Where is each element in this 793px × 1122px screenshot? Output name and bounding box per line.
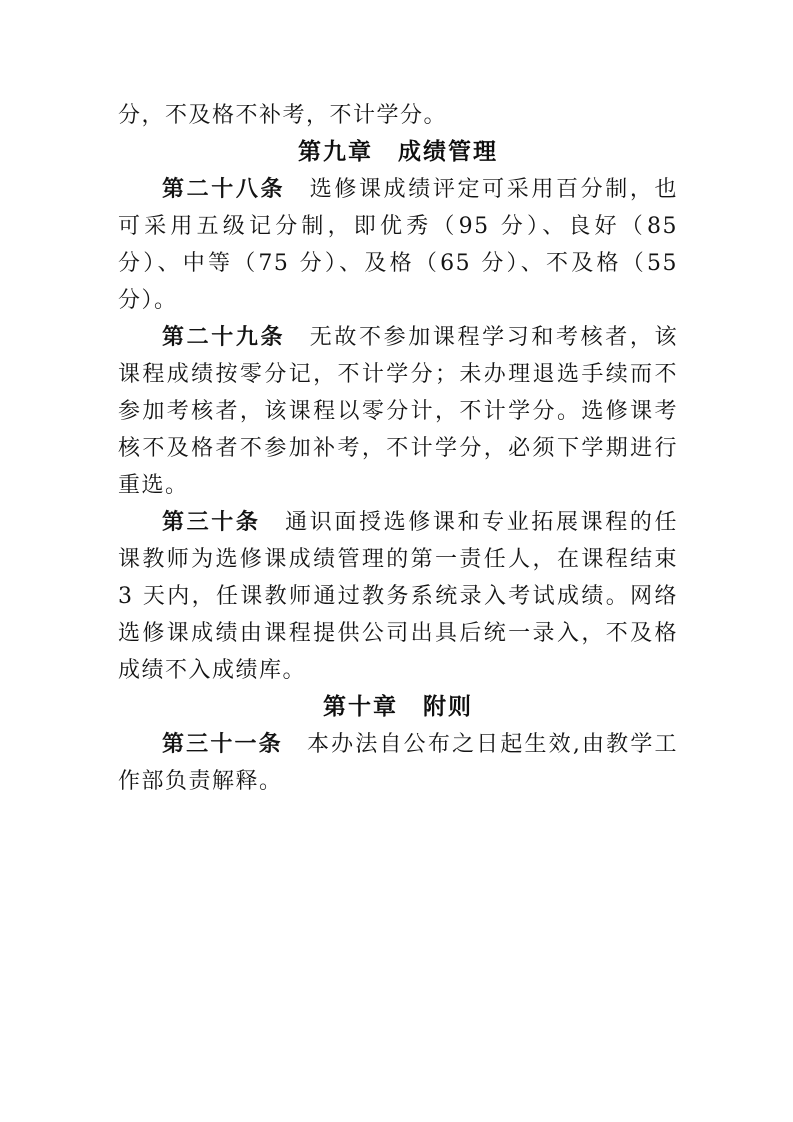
article-paragraph: 第三十条 通识面授选修课和专业拓展课程的任课教师为选修课成绩管理的第一责任人，在…: [118, 504, 678, 689]
article-number: 第二十九条: [162, 324, 285, 350]
article-paragraph: 第二十八条 选修课成绩评定可采用百分制，也可采用五级记分制，即优秀（95 分）、…: [118, 171, 678, 319]
paragraph-continuation: 分，不及格不补考，不计学分。: [118, 97, 678, 134]
chapter-heading: 第十章 附则: [118, 689, 678, 726]
article-text: 通识面授选修课和专业拓展课程的任课教师为选修课成绩管理的第一责任人，在课程结束 …: [118, 510, 678, 683]
document-page: 分，不及格不补考，不计学分。第九章 成绩管理第二十八条 选修课成绩评定可采用百分…: [0, 0, 793, 1122]
document-body: 分，不及格不补考，不计学分。第九章 成绩管理第二十八条 选修课成绩评定可采用百分…: [118, 97, 678, 800]
article-text: 分，不及格不补考，不计学分。: [118, 103, 447, 128]
article-paragraph: 第二十九条 无故不参加课程学习和考核者，该课程成绩按零分记，不计学分；未办理退选…: [118, 319, 678, 504]
article-number: 第三十条: [162, 509, 261, 535]
article-text: 无故不参加课程学习和考核者，该课程成绩按零分记，不计学分；未办理退选手续而不参加…: [118, 325, 678, 498]
article-number: 第三十一条: [162, 731, 283, 757]
chapter-heading: 第九章 成绩管理: [118, 134, 678, 171]
article-number: 第二十八条: [162, 176, 285, 202]
article-paragraph: 第三十一条 本办法自公布之日起生效,由教学工作部负责解释。: [118, 726, 678, 800]
